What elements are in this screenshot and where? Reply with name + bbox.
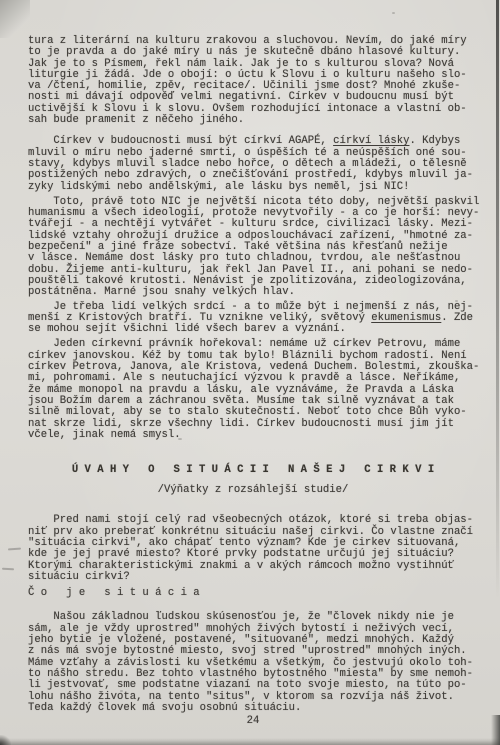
scan-speckle xyxy=(120,690,123,692)
paragraph: Církev v budoucnosti musí být církví AGA… xyxy=(28,136,490,192)
pencil-dash-mark xyxy=(2,568,14,571)
scan-mark-bottom-left xyxy=(0,735,11,745)
scan-edge-bottom xyxy=(0,738,500,745)
section-heading: Ú V A H Y O S I T U Á C I I N A Š E J C … xyxy=(28,464,478,476)
paragraph: Je třeba lidí velkých srdcí - a to může … xyxy=(28,302,490,336)
page-text-block: tura z literární na kulturu zrakovou a s… xyxy=(28,0,490,727)
paragraph: tura z literární na kulturu zrakovou a s… xyxy=(28,36,490,126)
scan-speckle xyxy=(455,300,458,302)
pencil-dash-mark xyxy=(8,548,21,551)
paragraph: Pred nami stojí celý rad všeobecných otá… xyxy=(28,515,490,583)
paragraph: Toto, právě toto NIC je největší nicota … xyxy=(28,197,490,299)
scanned-document-page: tura z literární na kulturu zrakovou a s… xyxy=(0,0,500,745)
scan-speckle xyxy=(392,12,395,14)
paragraph: Našou základnou ľudskou skúsenosťou je, … xyxy=(28,612,490,714)
paragraph: Jeden církevní právník hořekoval: nemáme… xyxy=(28,339,490,441)
page-number: 24 xyxy=(28,716,478,727)
scan-edge-right xyxy=(496,0,499,600)
section-subtitle: /Výňatky z rozsáhlejší studie/ xyxy=(28,485,478,496)
scan-speckle xyxy=(178,438,182,440)
scan-mark-bottom-right xyxy=(491,715,500,745)
subsection-heading: Č o j e s i t u á c i a xyxy=(28,588,490,599)
scan-shadow-top-left xyxy=(0,0,30,38)
